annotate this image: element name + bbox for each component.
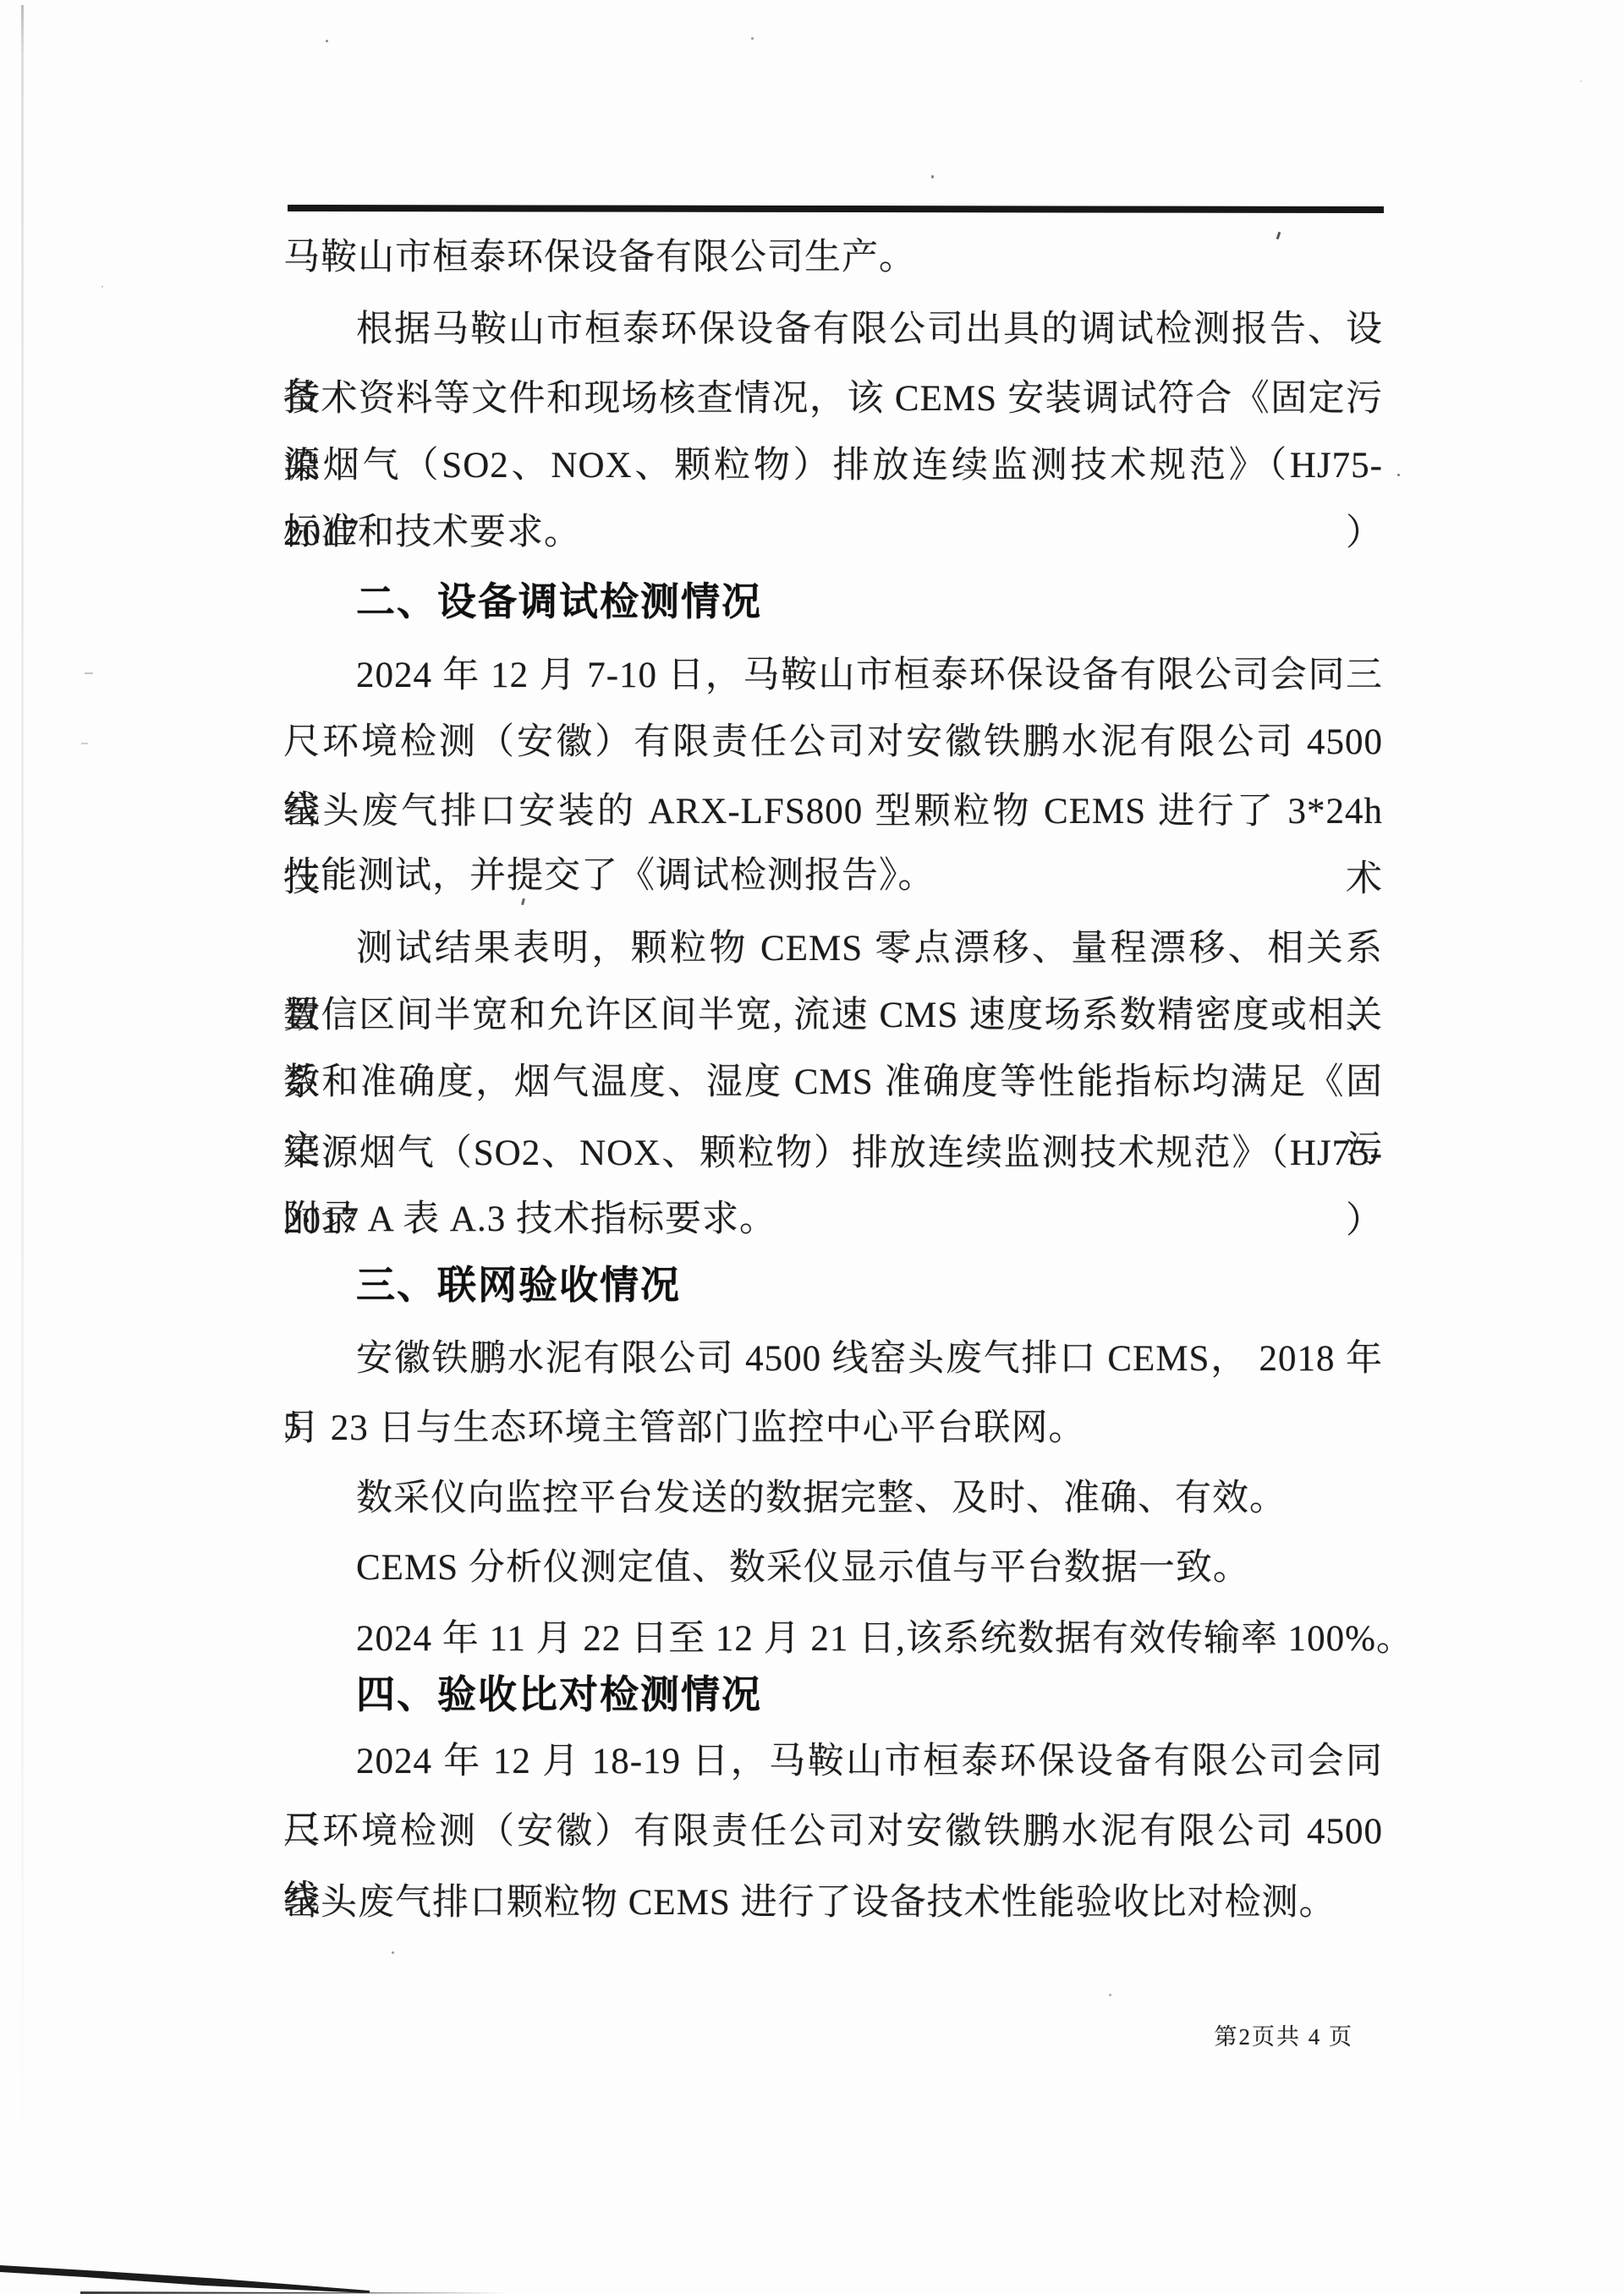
document-line: 置信区间半宽和允许区间半宽, 流速 CMS 速度场系数精密度或相关系 — [283, 982, 1383, 1050]
scan-speck — [931, 175, 934, 178]
document-line: 技术资料等文件和现场核查情况，该 CEMS 安装调试符合《固定污染 — [283, 365, 1383, 433]
section-heading: 二、设备调试检测情况 — [283, 566, 1383, 637]
page-number: 第2页共 4 页 — [1049, 2024, 1353, 2050]
document-line: 源烟气（SO2、NOX、颗粒物）排放连续监测技术规范》（HJ75-2017） — [283, 432, 1383, 500]
document-line: 2024 年 12 月 18-19 日，马鞍山市桓泰环保设备有限公司会同三 — [283, 1728, 1383, 1796]
document-line: 测试结果表明，颗粒物 CEMS 零点漂移、量程漂移、相关系数、 — [283, 915, 1383, 983]
document-line: 2024 年 12 月 7-10 日，马鞍山市桓泰环保设备有限公司会同三 — [283, 642, 1383, 710]
document-body: 马鞍山市桓泰环保设备有限公司生产。根据马鞍山市桓泰环保设备有限公司出具的调试检测… — [283, 0, 1383, 2294]
scan-speck — [1580, 80, 1582, 82]
scanned-document-page: 马鞍山市桓泰环保设备有限公司生产。根据马鞍山市桓泰环保设备有限公司出具的调试检测… — [0, 0, 1624, 2294]
document-line: 窑头废气排口颗粒物 CEMS 进行了设备技术性能验收比对检测。 — [283, 1869, 1383, 1937]
scan-speck — [392, 1951, 394, 1954]
document-line: 染源烟气（SO2、NOX、颗粒物）排放连续监测技术规范》（HJ75-2017） — [283, 1120, 1383, 1188]
scan-speck — [81, 743, 88, 744]
document-line: 附录 A 表 A.3 技术指标要求。 — [283, 1186, 1383, 1254]
section-heading: 四、验收比对检测情况 — [283, 1659, 1383, 1730]
scan-speck — [1109, 1994, 1111, 1996]
scan-speck — [1397, 474, 1400, 476]
document-line: 马鞍山市桓泰环保设备有限公司生产。 — [283, 224, 1383, 292]
section-heading: 三、联网验收情况 — [283, 1249, 1383, 1320]
document-line: 性能测试，并提交了《调试检测报告》。 — [283, 842, 1383, 910]
document-line: 根据马鞍山市桓泰环保设备有限公司出具的调试检测报告、设备 — [283, 296, 1383, 364]
document-line: 尺环境检测（安徽）有限责任公司对安徽铁鹏水泥有限公司 4500 线 — [283, 709, 1383, 777]
document-line: 月 23 日与生态环境主管部门监控中心平台联网。 — [283, 1395, 1383, 1463]
scan-speck — [85, 672, 93, 674]
scan-speck — [101, 286, 103, 288]
document-line: 数采仪向监控平台发送的数据完整、及时、准确、有效。 — [283, 1465, 1383, 1533]
document-line: 尺环境检测（安徽）有限责任公司对安徽铁鹏水泥有限公司 4500 线 — [283, 1798, 1383, 1866]
scan-speck — [751, 37, 754, 40]
document-line: 数和准确度，烟气温度、湿度 CMS 准确度等性能指标均满足《固定污 — [283, 1049, 1383, 1117]
document-line: 标准和技术要求。 — [283, 499, 1383, 567]
document-line: 窑头废气排口安装的 ARX-LFS800 型颗粒物 CEMS 进行了 3*24h… — [283, 778, 1383, 846]
scan-bottom-streak — [0, 2243, 550, 2294]
document-line: 安徽铁鹏水泥有限公司 4500 线窑头废气排口 CEMS， 2018 年 5 — [283, 1325, 1383, 1393]
scan-speck — [326, 40, 328, 42]
scan-left-edge-line — [21, 5, 24, 2204]
document-line: CEMS 分析仪测定值、数采仪显示值与平台数据一致。 — [283, 1534, 1383, 1602]
